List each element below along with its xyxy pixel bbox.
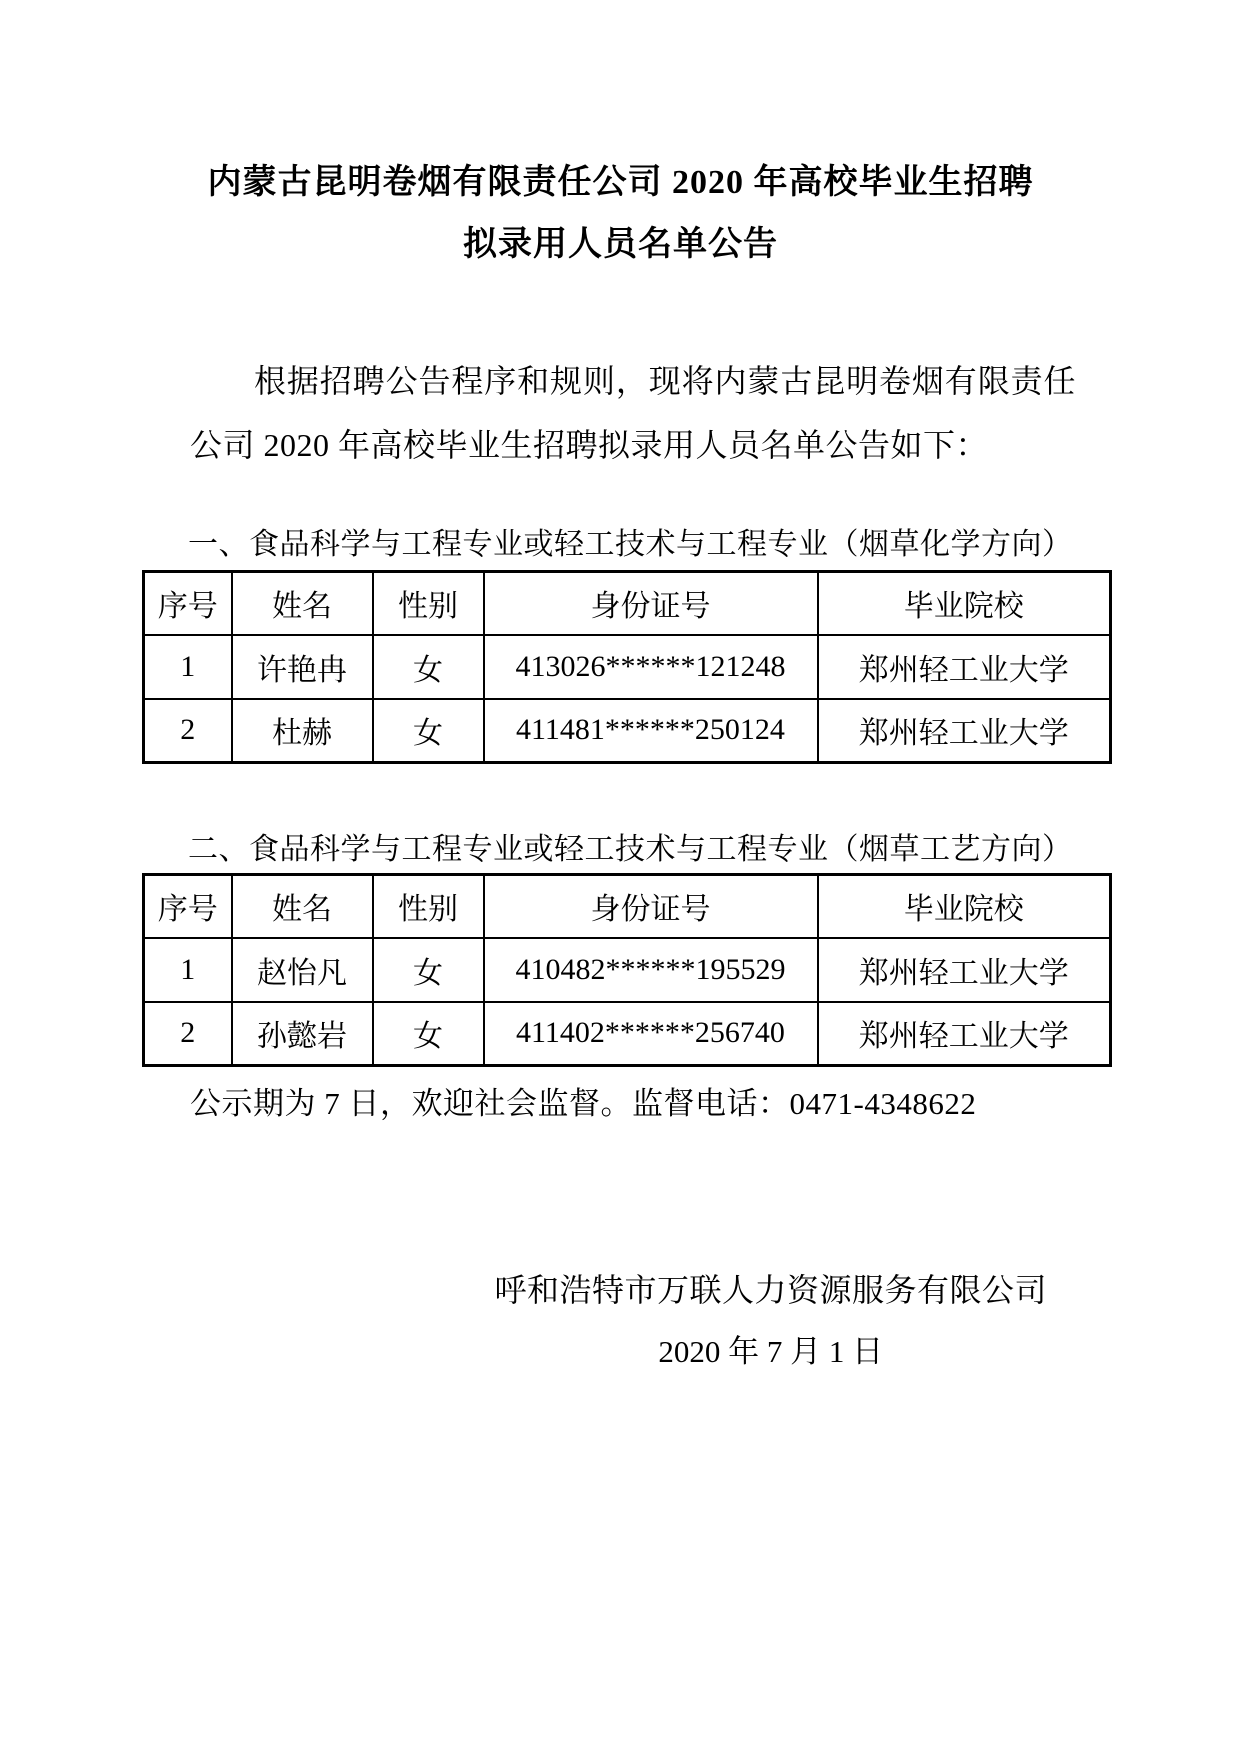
- cell-no: 1: [144, 635, 232, 699]
- table-header-row: 序号 姓名 性别 身份证号 毕业院校: [144, 875, 1111, 938]
- document-title-line1: 内蒙古昆明卷烟有限责任公司 2020 年高校毕业生招聘: [0, 161, 1241, 205]
- table-header-row: 序号 姓名 性别 身份证号 毕业院校: [144, 572, 1111, 635]
- cell-school: 郑州轻工业大学: [818, 699, 1111, 763]
- header-cell-sex: 性别: [373, 875, 484, 938]
- cell-name: 杜赫: [232, 699, 373, 763]
- cell-name: 许艳冉: [232, 635, 373, 699]
- header-cell-id: 身份证号: [484, 572, 818, 635]
- cell-school: 郑州轻工业大学: [818, 635, 1111, 699]
- cell-name: 孙懿岩: [232, 1002, 373, 1066]
- cell-school: 郑州轻工业大学: [818, 938, 1111, 1002]
- document-page: 内蒙古昆明卷烟有限责任公司 2020 年高校毕业生招聘 拟录用人员名单公告 根据…: [0, 0, 1241, 1754]
- cell-sex: 女: [373, 1002, 484, 1066]
- cell-sex: 女: [373, 635, 484, 699]
- section-2-heading: 二、食品科学与工程专业或轻工技术与工程专业（烟草工艺方向）: [188, 828, 1073, 872]
- header-cell-school: 毕业院校: [818, 875, 1111, 938]
- cell-id: 411402******256740: [484, 1002, 818, 1066]
- table-row: 1 赵怡凡 女 410482******195529 郑州轻工业大学: [144, 938, 1111, 1002]
- header-cell-school: 毕业院校: [818, 572, 1111, 635]
- cell-sex: 女: [373, 699, 484, 763]
- table-row: 2 杜赫 女 411481******250124 郑州轻工业大学: [144, 699, 1111, 763]
- header-cell-name: 姓名: [232, 572, 373, 635]
- header-cell-no: 序号: [144, 572, 232, 635]
- document-title-line2: 拟录用人员名单公告: [0, 223, 1241, 267]
- header-cell-no: 序号: [144, 875, 232, 938]
- supervision-note: 公示期为 7 日，欢迎社会监督。监督电话：0471-4348622: [190, 1082, 976, 1126]
- cell-no: 2: [144, 699, 232, 763]
- cell-no: 2: [144, 1002, 232, 1066]
- header-cell-name: 姓名: [232, 875, 373, 938]
- table-row: 2 孙懿岩 女 411402******256740 郑州轻工业大学: [144, 1002, 1111, 1066]
- table-row: 1 许艳冉 女 413026******121248 郑州轻工业大学: [144, 635, 1111, 699]
- cell-id: 410482******195529: [484, 938, 818, 1002]
- section-2-table: 序号 姓名 性别 身份证号 毕业院校 1 赵怡凡 女 410482******1…: [142, 873, 1112, 1067]
- signature-company: 呼和浩特市万联人力资源服务有限公司: [494, 1268, 1047, 1312]
- cell-sex: 女: [373, 938, 484, 1002]
- header-cell-sex: 性别: [373, 572, 484, 635]
- signature-date: 2020 年 7 月 1 日: [658, 1330, 883, 1374]
- cell-name: 赵怡凡: [232, 938, 373, 1002]
- header-cell-id: 身份证号: [484, 875, 818, 938]
- cell-school: 郑州轻工业大学: [818, 1002, 1111, 1066]
- section-1-table: 序号 姓名 性别 身份证号 毕业院校 1 许艳冉 女 413026******1…: [142, 570, 1112, 764]
- intro-paragraph: 根据招聘公告程序和规则，现将内蒙古昆明卷烟有限责任公司 2020 年高校毕业生招…: [190, 349, 1076, 477]
- cell-id: 411481******250124: [484, 699, 818, 763]
- section-1-heading: 一、食品科学与工程专业或轻工技术与工程专业（烟草化学方向）: [188, 523, 1073, 567]
- cell-id: 413026******121248: [484, 635, 818, 699]
- signature-block: 呼和浩特市万联人力资源服务有限公司 2020 年 7 月 1 日: [494, 1268, 1047, 1374]
- cell-no: 1: [144, 938, 232, 1002]
